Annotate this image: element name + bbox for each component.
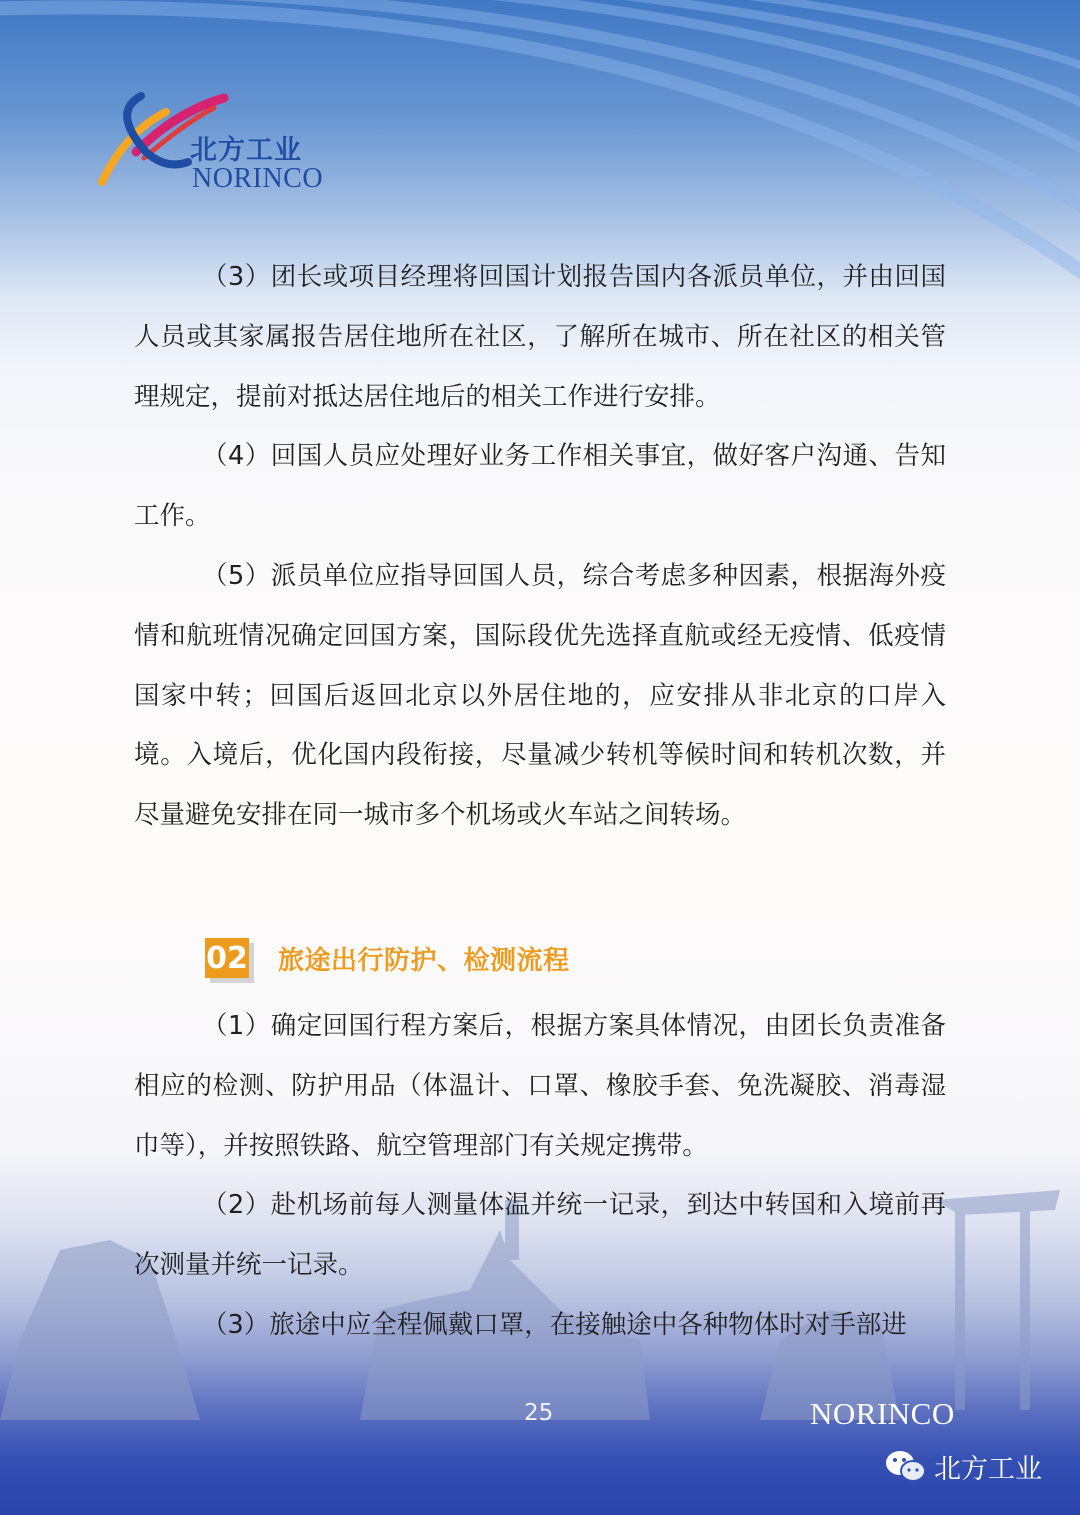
wechat-icon [884, 1449, 928, 1485]
section-number-badge: 02 [205, 938, 249, 978]
section1-body: （3）团长或项目经理将回国计划报告国内各派员单位，并由回国人员或其家属报告居住地… [134, 248, 946, 846]
footer-brand: NORINCO [810, 1396, 955, 1432]
paragraph-s2-1: （1）确定回国行程方案后，根据方案具体情况，由团长负责准备相应的检测、防护用品（… [134, 997, 946, 1176]
page-number: 25 [524, 1400, 553, 1426]
wechat-account-name: 北方工业 [934, 1447, 1042, 1486]
logo-chinese-name: 北方工业 [190, 128, 302, 167]
paragraph-3: （3）团长或项目经理将回国计划报告国内各派员单位，并由回国人员或其家属报告居住地… [134, 248, 946, 427]
wechat-account: 北方工业 [884, 1447, 1042, 1486]
paragraph-s2-2: （2）赴机场前每人测量体温并统一记录，到达中转国和入境前再次测量并统一记录。 [134, 1176, 946, 1296]
section2-body: （1）确定回国行程方案后，根据方案具体情况，由团长负责准备相应的检测、防护用品（… [134, 997, 946, 1356]
logo-english-name: NORINCO [192, 163, 323, 195]
paragraph-5: （5）派员单位应指导回国人员，综合考虑多种因素，根据海外疫情和航班情况确定回国方… [134, 547, 946, 846]
paragraph-s2-3: （3）旅途中应全程佩戴口罩，在接触途中各种物体时对手部进 [134, 1296, 946, 1356]
paragraph-4: （4）回国人员应处理好业务工作相关事宜，做好客户沟通、告知工作。 [134, 427, 946, 547]
section-title: 旅途出行防护、检测流程 [278, 940, 570, 977]
section-heading: 02 旅途出行防护、检测流程 [205, 936, 570, 980]
